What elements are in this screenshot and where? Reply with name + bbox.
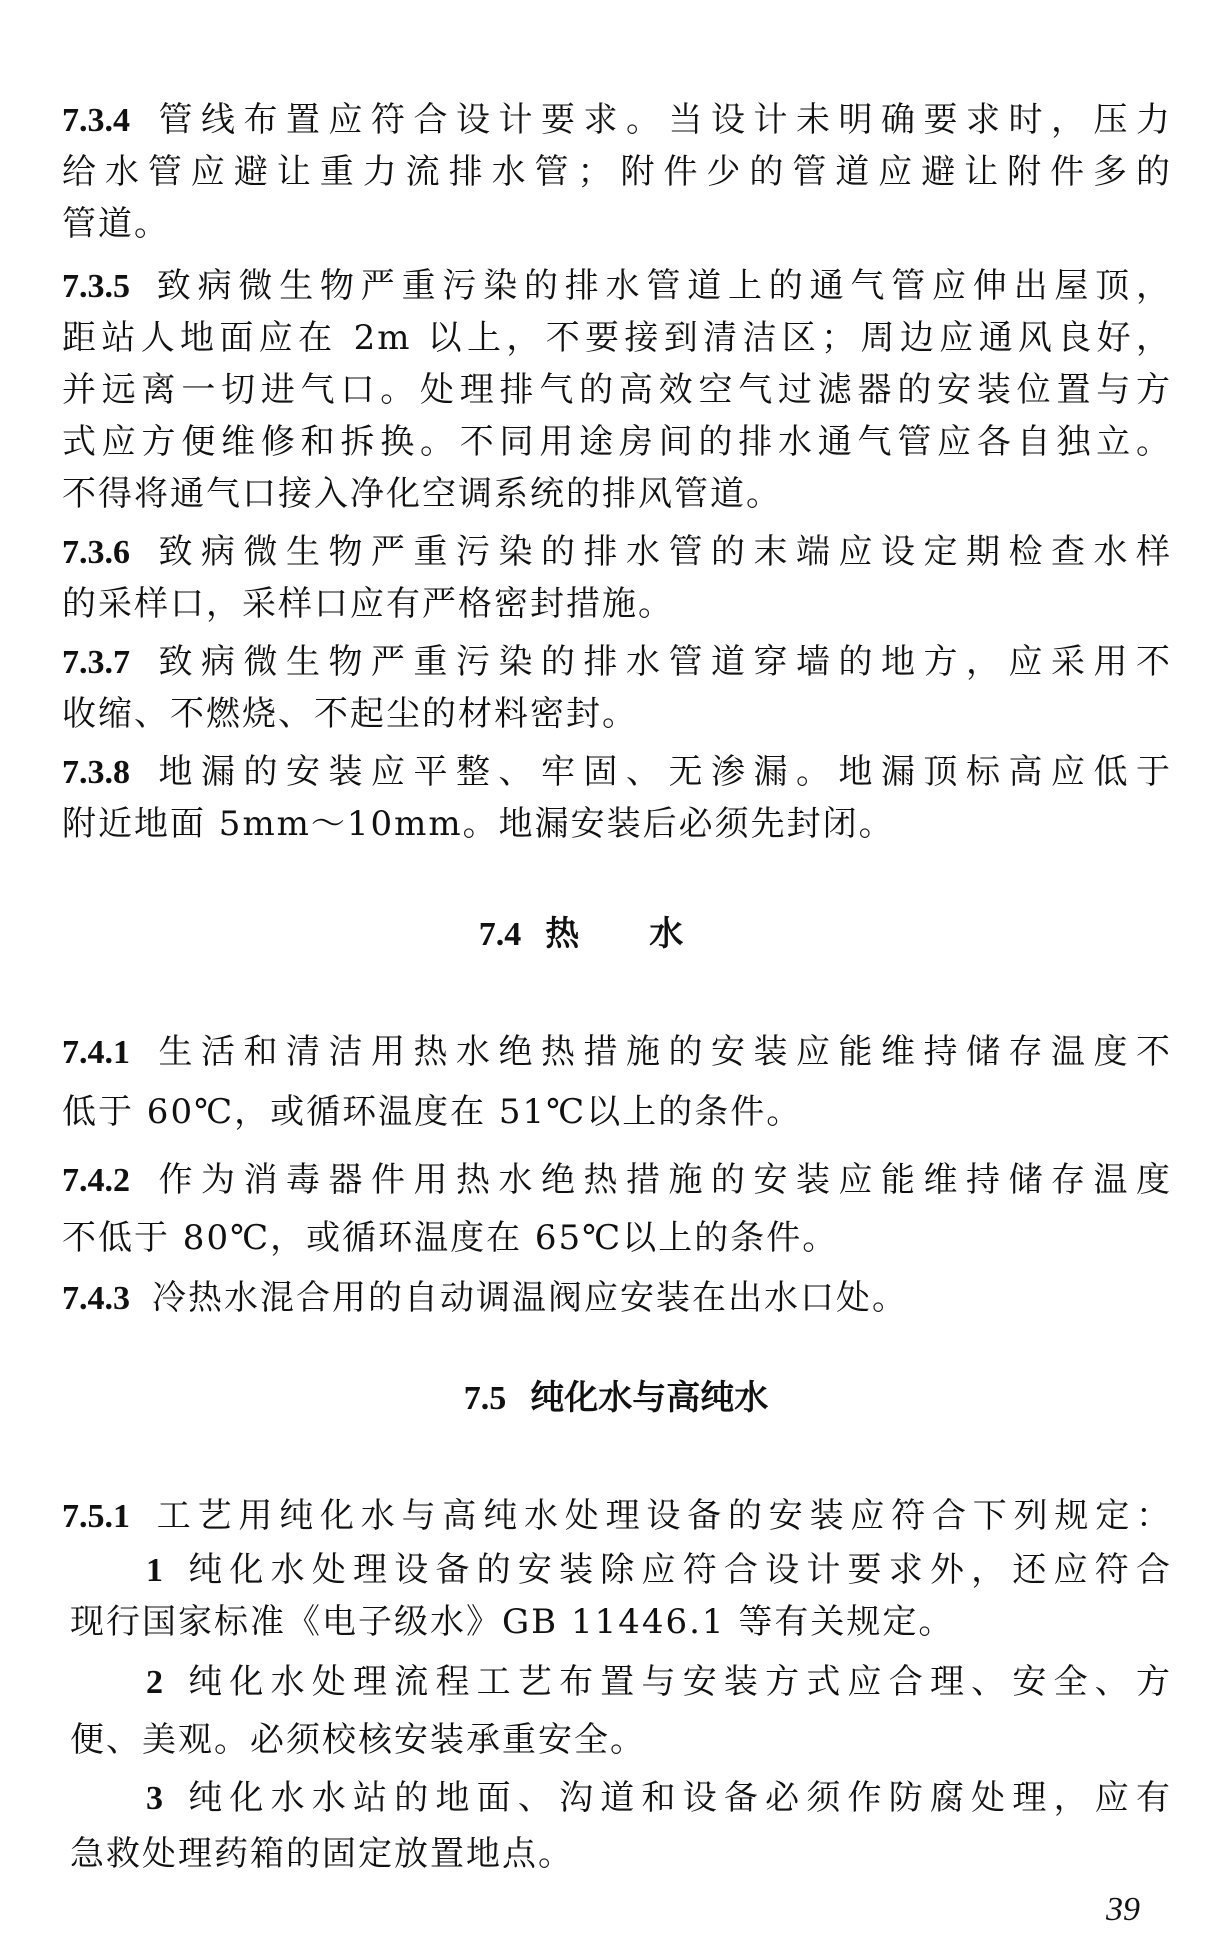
- clause-7-3-5-line-3: 并远离一切进气口。处理排气的高效空气过滤器的安装位置与方: [62, 368, 1172, 412]
- clause-7-3-8-line-2: 附近地面 5mm～10mm。地漏安装后必须先封闭。: [62, 802, 1172, 846]
- list-item-3-line-1: 3纯化水水站的地面、沟道和设备必须作防腐处理，应有: [146, 1776, 1172, 1821]
- clause-7-3-4-line-2: 给水管应避让重力流排水管；附件少的管道应避让附件多的: [62, 150, 1172, 194]
- clause-7-3-4-line-1: 7.3.4管线布置应符合设计要求。当设计未明确要求时，压力: [62, 98, 1172, 143]
- clause-7-4-1-line-2: 低于 60℃，或循环温度在 51℃以上的条件。: [62, 1090, 1172, 1134]
- list-item-1-line-2: 现行国家标准《电子级水》GB 11446.1 等有关规定。: [70, 1600, 1180, 1644]
- clause-7-4-3-line-1: 7.4.3冷热水混合用的自动调温阀应安装在出水口处。: [62, 1276, 1172, 1321]
- clause-number: 7.5.1: [62, 1498, 130, 1535]
- clause-number: 7.3.4: [62, 102, 130, 139]
- clause-7-4-2-line-1: 7.4.2作为消毒器件用热水绝热措施的安装应能维持储存温度: [62, 1158, 1172, 1203]
- clause-7-3-5-line-4: 式应方便维修和拆换。不同用途房间的排水通气管应各自独立。: [62, 420, 1172, 464]
- clause-7-3-6-line-1: 7.3.6致病微生物严重污染的排水管的末端应设定期检查水样: [62, 530, 1172, 575]
- clause-number: 7.3.8: [62, 754, 130, 791]
- clause-7-3-5-line-5: 不得将通气口接入净化空调系统的排风管道。: [62, 472, 1172, 516]
- clause-number: 7.3.7: [62, 644, 130, 681]
- clause-7-4-1-line-1: 7.4.1生活和清洁用热水绝热措施的安装应能维持储存温度不: [62, 1030, 1172, 1075]
- list-item-number: 1: [146, 1552, 163, 1589]
- clause-7-3-5-line-2: 距站人地面应在 2m 以上，不要接到清洁区；周边应通风良好，: [62, 316, 1172, 360]
- list-item-2-line-1: 2纯化水处理流程工艺布置与安装方式应合理、安全、方: [146, 1660, 1172, 1705]
- clause-7-5-1-line-1: 7.5.1工艺用纯化水与高纯水处理设备的安装应符合下列规定：: [62, 1494, 1172, 1539]
- clause-7-3-7-line-1: 7.3.7致病微生物严重污染的排水管道穿墙的地方，应采用不: [62, 640, 1172, 685]
- clause-7-4-2-line-2: 不低于 80℃，或循环温度在 65℃以上的条件。: [62, 1216, 1172, 1260]
- section-heading-7-5: 7.5纯化水与高纯水: [0, 1376, 1232, 1421]
- clause-number: 7.4.2: [62, 1162, 130, 1199]
- document-page: 7.3.4管线布置应符合设计要求。当设计未明确要求时，压力 给水管应避让重力流排…: [0, 0, 1232, 1950]
- clause-7-3-7-line-2: 收缩、不燃烧、不起尘的材料密封。: [62, 692, 1172, 736]
- clause-7-3-4-line-3: 管道。: [62, 202, 1172, 246]
- list-item-number: 3: [146, 1780, 163, 1817]
- list-item-3-line-2: 急救处理药箱的固定放置地点。: [70, 1832, 1180, 1876]
- list-item-2-line-2: 便、美观。必须校核安装承重安全。: [70, 1718, 1180, 1762]
- clause-number: 7.3.5: [62, 268, 130, 305]
- clause-number: 7.3.6: [62, 534, 130, 571]
- list-item-1-line-1: 1纯化水处理设备的安装除应符合设计要求外，还应符合: [146, 1548, 1172, 1593]
- clause-number: 7.4.1: [62, 1034, 130, 1071]
- clause-7-3-5-line-1: 7.3.5致病微生物严重污染的排水管道上的通气管应伸出屋顶，: [62, 264, 1172, 309]
- clause-7-3-8-line-1: 7.3.8地漏的安装应平整、牢固、无渗漏。地漏顶标高应低于: [62, 750, 1172, 795]
- page-number: 39: [1106, 1888, 1140, 1932]
- list-item-number: 2: [146, 1664, 163, 1701]
- clause-number: 7.4.3: [62, 1280, 130, 1317]
- clause-7-3-6-line-2: 的采样口，采样口应有严格密封措施。: [62, 582, 1172, 626]
- section-heading-7-4: 7.4热水: [0, 912, 1232, 957]
